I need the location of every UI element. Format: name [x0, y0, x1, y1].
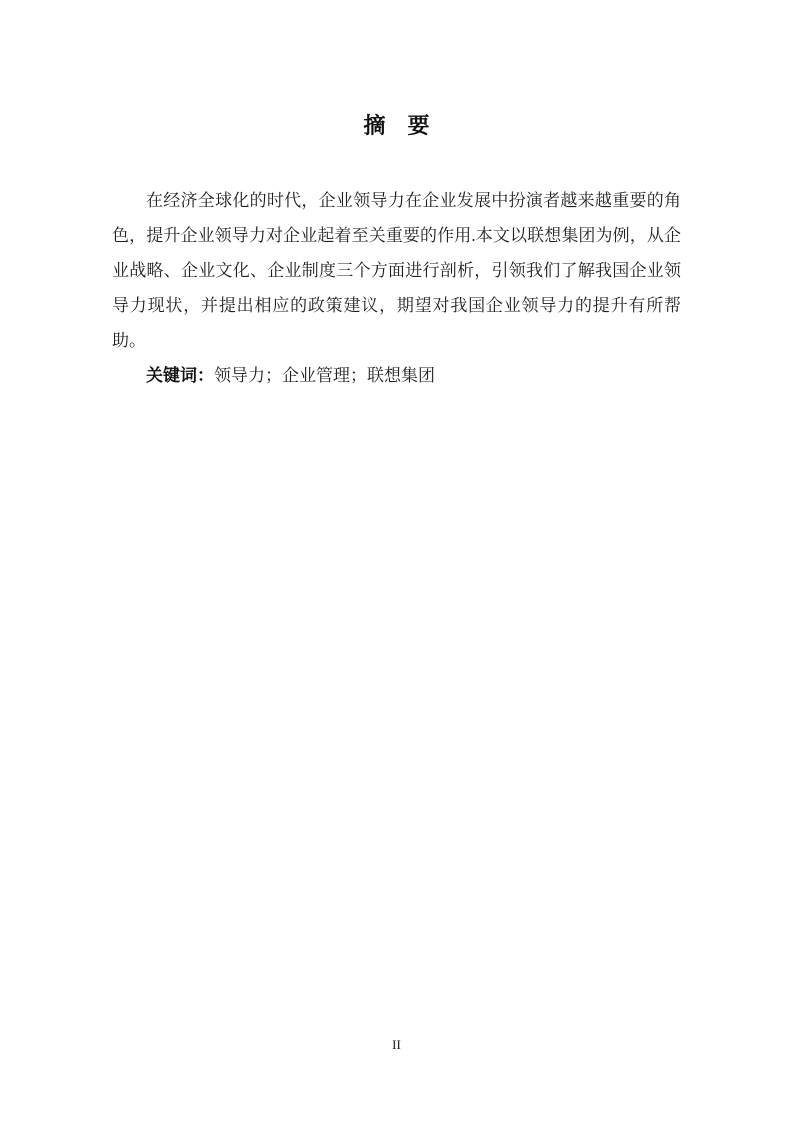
keywords-label: 关键词：: [146, 366, 214, 385]
keywords-text: 领导力；企业管理；联想集团: [214, 366, 435, 385]
abstract-paragraph: 在经济全球化的时代，企业领导力在企业发展中扮演者越来越重要的角色，提升企业领导力…: [112, 183, 681, 358]
abstract-title: 摘 要: [112, 113, 681, 139]
document-page: 摘 要 在经济全球化的时代，企业领导力在企业发展中扮演者越来越重要的角色，提升企…: [0, 0, 793, 1122]
page-number: II: [0, 1038, 793, 1052]
abstract-content: 在经济全球化的时代，企业领导力在企业发展中扮演者越来越重要的角色，提升企业领导力…: [112, 183, 681, 393]
keywords-line: 关键词：领导力；企业管理；联想集团: [112, 358, 681, 393]
